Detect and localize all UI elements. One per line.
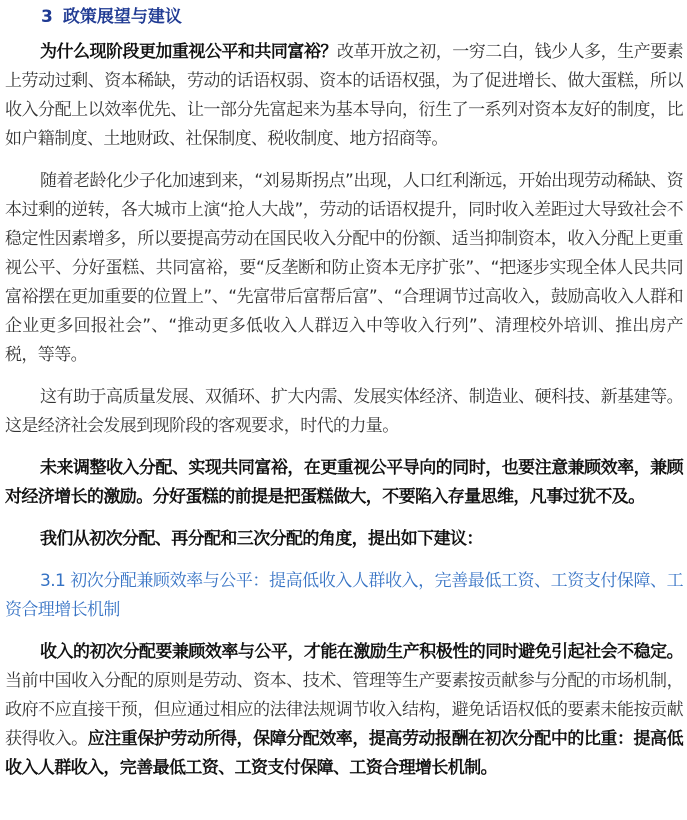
article-body: 3政策展望与建议 为什么现阶段更加重视公平和共同富裕？改革开放之初，一穷二白，钱… [0, 0, 687, 783]
section-number: 3 [41, 7, 53, 27]
section-title: 政策展望与建议 [63, 7, 182, 27]
paragraph-suggestions-intro: 我们从初次分配、再分配和三次分配的角度，提出如下建议： [5, 525, 683, 554]
paragraph-lead-question: 为什么现阶段更加重视公平和共同富裕？ [40, 42, 337, 62]
paragraph-why-fairness: 为什么现阶段更加重视公平和共同富裕？改革开放之初，一穷二白，钱少人多，生产要素上… [5, 38, 683, 154]
paragraph-high-quality-development: 这有助于高质量发展、双循环、扩大内需、发展实体经济、制造业、硬科技、新基建等。这… [5, 383, 683, 441]
paragraph-balance-efficiency: 未来调整收入分配、实现共同富裕，在更重视公平导向的同时，也要注意兼顾效率，兼顾对… [5, 454, 683, 512]
section-heading: 3政策展望与建议 [5, 0, 683, 34]
paragraph-text: 随着老龄化少子化加速到来，“刘易斯拐点”出现，人口红利渐远，开始出现劳动稀缺、资… [5, 171, 683, 365]
paragraph-bold-text: 我们从初次分配、再分配和三次分配的角度，提出如下建议： [40, 529, 483, 549]
paragraph-bold-lead: 收入的初次分配要兼顾效率与公平，才能在激励生产积极性的同时避免引起社会不稳定。 [40, 642, 683, 662]
subsection-heading: 3.1 初次分配兼顾效率与公平：提高低收入人群收入，完善最低工资、工资支付保障、… [5, 567, 683, 625]
paragraph-primary-distribution: 收入的初次分配要兼顾效率与公平，才能在激励生产积极性的同时避免引起社会不稳定。当… [5, 638, 683, 783]
paragraph-bold-conclusion: 应注重保护劳动所得，保障分配效率，提高劳动报酬在初次分配中的比重：提高低收入人群… [5, 729, 683, 778]
paragraph-text: 这有助于高质量发展、双循环、扩大内需、发展实体经济、制造业、硬科技、新基建等。这… [5, 387, 683, 436]
paragraph-aging-society: 随着老龄化少子化加速到来，“刘易斯拐点”出现，人口红利渐远，开始出现劳动稀缺、资… [5, 167, 683, 370]
paragraph-bold-text: 未来调整收入分配、实现共同富裕，在更重视公平导向的同时，也要注意兼顾效率，兼顾对… [5, 458, 683, 507]
